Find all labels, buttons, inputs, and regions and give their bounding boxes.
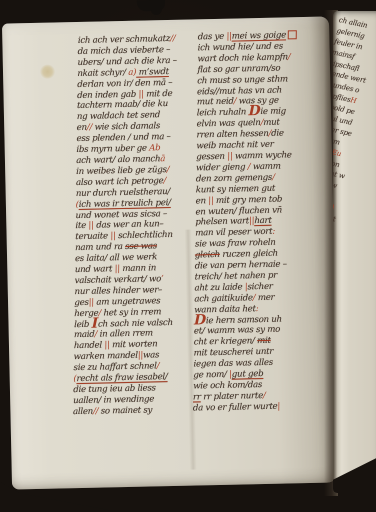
text-segment: maid <box>74 330 95 340</box>
text-segment: den zorn gemengs <box>196 173 272 185</box>
text-segment: mann in <box>120 263 156 274</box>
text-segment: flat so gar unram/so <box>197 63 280 75</box>
text-segment: mit <box>257 336 271 346</box>
rubric-mark: a) <box>128 67 136 77</box>
rubric-mark: H <box>350 95 358 105</box>
text-segment: ges <box>74 298 88 308</box>
adjacent-page-text: ch allaingelernigfeuler inmainsfsipschaf… <box>333 15 376 407</box>
text-segment: uallen/ in wendinge <box>73 394 154 406</box>
text-segment: ch sach nie valsch <box>98 318 173 330</box>
rubric-mark: / <box>167 165 170 175</box>
text-segment: m’swdt <box>136 67 169 78</box>
text-segment: mut neid <box>197 97 234 108</box>
text-segment: rren alten hessen <box>196 129 268 141</box>
text-segment: rr <box>193 392 201 402</box>
text-segment: die <box>271 129 284 139</box>
rubric-mark: / <box>263 391 266 401</box>
text-segment: ch must so unge sthm <box>197 74 288 86</box>
rubric-mark: | <box>333 203 335 212</box>
text-segment: wider gieng <box>196 162 248 173</box>
text-segment: mer <box>255 292 274 302</box>
text-segment: wie och kom/das <box>193 380 262 392</box>
rubric-mark: | <box>277 401 280 411</box>
text-segment: wie sich damals <box>92 121 160 132</box>
text-segment: sie was fraw roheln <box>195 238 276 250</box>
text-segment: mut <box>263 118 280 128</box>
text-segment: het sy in rrem <box>101 307 161 318</box>
text-segment: in weibes lieb ge zügs <box>76 165 167 177</box>
page-bottom-shadow <box>333 433 376 493</box>
text-segment: das ye <box>198 32 227 43</box>
text-segment: wamm <box>250 161 280 172</box>
text-segment: wamm wyche <box>232 150 291 161</box>
text-segment: en <box>77 123 87 133</box>
text-segment: teruaite <box>75 232 110 243</box>
rubric-mark: : <box>272 227 275 237</box>
text-segment: ach gaitikuide <box>194 293 252 304</box>
text-segment: mei ws goige <box>232 30 286 41</box>
text-segment: warken mandel <box>74 351 138 362</box>
manuscript-photo: ich ach ver schmukatz//da mich das viebe… <box>0 0 376 512</box>
text-segment: die tung ieu ab liess <box>73 383 156 395</box>
text-segment: ite <box>75 221 88 231</box>
text-segment: was <box>143 351 159 361</box>
text-segment: am ungetrawes <box>94 296 161 307</box>
text-line: da vo er fuller wurte| <box>193 400 327 414</box>
rubric-mark <box>288 30 297 39</box>
manuscript-page: ich ach ver schmukatz//da mich das viebe… <box>2 16 339 489</box>
text-segment: cht er kriegen/ <box>194 337 257 348</box>
text-segment: treich/ het nahen pr <box>195 271 277 283</box>
text-segment: elvin was queln <box>197 118 261 129</box>
text-segment: mit gry men tob <box>213 194 282 206</box>
rubric-mark: ’ <box>161 274 164 284</box>
text-segment: sicher <box>247 282 272 293</box>
text-segment: weib macht nit ver <box>196 140 273 152</box>
text-segment: so mainet sy <box>98 405 152 416</box>
text-segment: in allen rrem <box>97 329 153 340</box>
text-segment: gut geb <box>232 369 264 380</box>
text-segment: ich wund hie/ und es <box>198 41 283 53</box>
text-segment: en <box>196 196 209 206</box>
text-segment: aht zu laide <box>194 282 244 293</box>
text-segment: also wart ich petroge <box>76 176 164 188</box>
text-segment: nkait schyr/ <box>77 68 128 79</box>
text-segment: leich ruhaln <box>197 108 249 119</box>
text-column-left: ich ach ver schmukatz//da mich das viebe… <box>73 33 200 418</box>
text-segment: es laita/ all we werk <box>75 252 157 264</box>
text-column-right: das ye ||mei ws goigeich wund hie/ und e… <box>193 29 332 414</box>
rubric-mark: |Eu <box>333 147 342 158</box>
text-segment: schlechtlichn <box>116 230 173 241</box>
text-segment: gleich <box>195 250 220 261</box>
text-segment: kunt sy niemen gut <box>196 183 275 195</box>
text-segment: das wer an kun– <box>94 220 164 232</box>
text-segment: handel <box>74 341 105 352</box>
text-segment: und wart <box>75 264 115 275</box>
text-segment: sie zu haffart schnel <box>73 362 156 374</box>
text-segment: hart <box>254 216 271 226</box>
text-segment: wart doch nie kampfn <box>197 52 287 64</box>
text-segment: mit de <box>144 88 173 99</box>
text-segment: da vo er fuller wurte <box>193 402 278 414</box>
text-segment: ge nom/ <box>193 370 229 381</box>
text-segment: leib <box>74 319 92 329</box>
rubric-mark: / <box>163 176 166 186</box>
text-segment: phelsen wart <box>195 217 249 228</box>
rubric-mark: / <box>157 361 160 371</box>
text-segment: allen <box>73 407 93 417</box>
text-segment: valschait verkart/ wo <box>75 274 162 286</box>
text-segment: ruczen gleich <box>220 249 278 260</box>
text-segment: rr plater nurte <box>201 391 263 402</box>
text-segment: gessen <box>196 152 227 163</box>
text-segment: ach wart/ alo manch <box>76 154 160 166</box>
text-segment: ibs myrn uber ge <box>76 143 149 155</box>
page-stain <box>40 64 55 78</box>
text-segment: nam und ra <box>75 242 125 253</box>
text-segment: nur alles hinder wer– <box>74 285 162 297</box>
text-segment: iegen das was alles <box>193 358 273 370</box>
rubric-mark: // <box>170 34 175 44</box>
text-segment: sse was <box>125 242 157 253</box>
text-segment: mit worten <box>110 340 158 351</box>
rubric-mark: Ab <box>149 143 160 153</box>
rubric-mark: : <box>256 304 259 314</box>
rubric-mark: ā <box>160 154 165 164</box>
text-line: allen// so mainet sy <box>73 404 195 418</box>
adjacent-page-edge: ch allaingelernigfeuler inmainsfsipschaf… <box>333 11 376 493</box>
text-segment: ie mig <box>260 107 286 118</box>
text-segment: den inden gab <box>77 89 138 100</box>
rubric-mark: / <box>272 172 275 182</box>
rubric-mark: / <box>288 52 291 62</box>
binding-tab-blob <box>151 6 162 15</box>
